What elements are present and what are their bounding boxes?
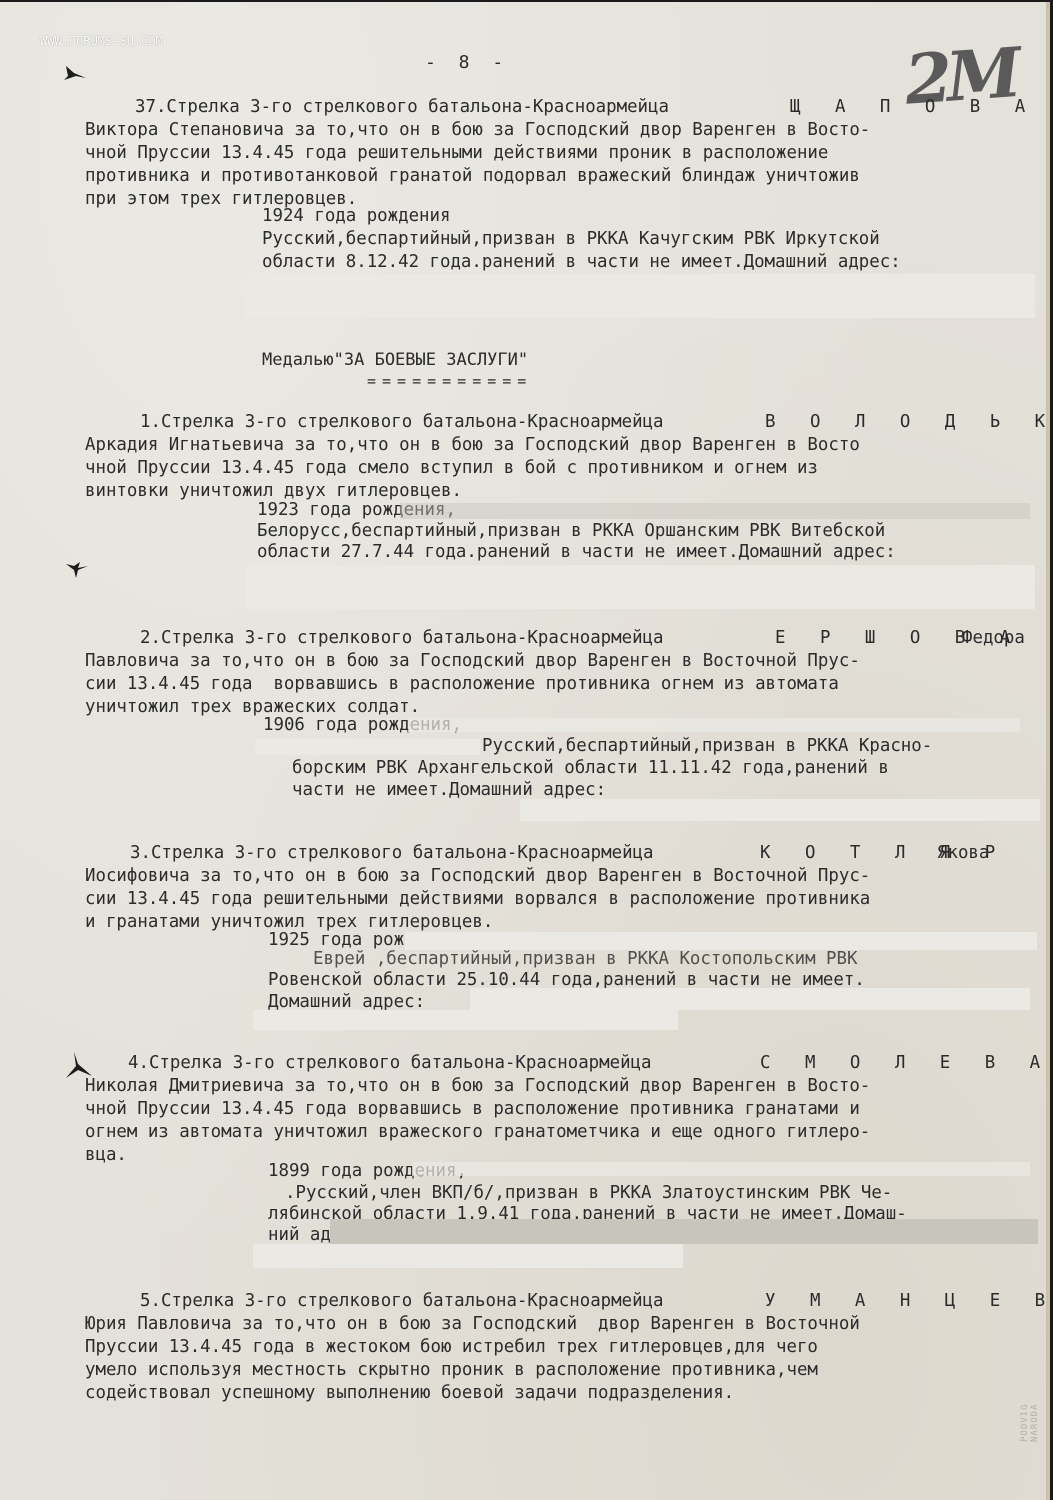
entry-4-line-4: огнем из автомата уничтожил вражеского г… — [85, 1121, 870, 1143]
entry-37-bio-1: 1924 года рождения — [262, 205, 450, 227]
medal-section-title: Медалью"ЗА БОЕВЫЕ ЗАСЛУГИ" — [262, 350, 528, 370]
entry-5-line-5: содействовал успешному выполнению боевой… — [85, 1382, 734, 1404]
entry-2-bio-3: борским РВК Архангельской области 11.11.… — [292, 757, 889, 779]
entry-2-line-1: 2.Стрелка 3-го стрелкового батальона-Кра… — [140, 627, 664, 649]
entry-1-line-3: чной Пруссии 13.4.45 года смело вступил … — [85, 457, 818, 479]
entry-37-bio-2: Русский,беспартийный,призван в РККА Качу… — [262, 228, 880, 250]
entry-3-first-name: Якова — [937, 842, 989, 864]
redaction-block — [253, 1010, 678, 1030]
entry-5-line-1: 5.Стрелка 3-го стрелкового батальона-Кра… — [140, 1290, 664, 1312]
entry-37-line-1: 37.Стрелка 3-го стрелкового батальона-Кр… — [135, 96, 669, 118]
entry-5-line-4: умело используя местность скрытно проник… — [85, 1359, 818, 1381]
entry-2-bio-4: части не имеет.Домашний адрес: — [292, 779, 606, 801]
entry-5-line-3: Пруссии 13.4.45 года в жестоком бою истр… — [85, 1336, 818, 1358]
redaction-block — [400, 503, 1030, 519]
entry-1-surname: В О Л О Д Ь К О — [765, 411, 1053, 433]
page-edge — [1046, 2, 1050, 1500]
site-watermark: WWW.FORUMS-SU.COM — [40, 34, 163, 48]
entry-4-line-1: 4.Стрелка 3-го стрелкового батальона-Кра… — [128, 1052, 652, 1074]
entry-37-line-4: противника и противотанковой гранатой по… — [85, 165, 860, 187]
entry-1-bio-3: области 27.7.44 года.ранений в части не … — [257, 541, 896, 563]
redaction-block — [255, 739, 480, 755]
redaction-block — [520, 799, 1040, 821]
punch-hole-icon — [64, 560, 90, 580]
entry-37-bio-3: области 8.12.42 года.ранений в части не … — [262, 251, 901, 273]
redaction-block — [253, 1244, 683, 1268]
entry-37-surname: Щ А П О В А — [790, 96, 1037, 118]
entry-2-first-name: Федора — [962, 627, 1025, 649]
archive-side-stamp: PODVIG NARODA — [1020, 1403, 1040, 1442]
entry-4-bio-2: .Русский,член ВКП/б/,призван в РККА Злат… — [285, 1182, 892, 1204]
entry-2-bio-2: Русский,беспартийный,призван в РККА Крас… — [482, 735, 932, 757]
entry-3-line-1: 3.Стрелка 3-го стрелкового батальона-Кра… — [130, 842, 654, 864]
redaction-block — [330, 1219, 1038, 1244]
entry-4-line-3: чной Пруссии 13.4.45 года ворвавшись в р… — [85, 1098, 860, 1120]
entry-4-line-5: вца. — [85, 1144, 127, 1166]
redaction-block — [412, 1162, 1030, 1176]
entry-3-line-3: сии 13.4.45 года решительными действиями… — [85, 888, 870, 910]
entry-5-line-2: Юрия Павловича за то,что он в бою за Гос… — [85, 1313, 860, 1335]
punch-hole-icon — [62, 64, 88, 84]
entry-3-bio-2: Еврей ,беспартийный,призван в РККА Косто… — [313, 948, 857, 970]
redaction-block — [245, 274, 1035, 318]
entry-4-line-2: Николая Дмитриевича за то,что он в бою з… — [85, 1075, 870, 1097]
entry-37-line-2: Виктора Степановича за то,что он в бою з… — [85, 119, 870, 141]
entry-4-surname: С М О Л Е В А — [760, 1052, 1052, 1074]
entry-2-line-3: сии 13.4.45 года ворвавшись в расположен… — [85, 673, 839, 695]
entry-2-line-2: Павловича за то,что он в бою за Господск… — [85, 650, 860, 672]
redaction-block — [408, 718, 1020, 732]
entry-3-line-2: Иосифовича за то,что он в бою за Господс… — [85, 865, 870, 887]
document-page: WWW.FORUMS-SU.COM - 8 - 2M 37.Стрелка 3-… — [0, 2, 1050, 1500]
entry-37-line-3: чной Пруссии 13.4.45 года решительными д… — [85, 142, 828, 164]
redaction-block — [245, 565, 1035, 609]
entry-5-surname: У М А Н Ц Е В А — [765, 1290, 1053, 1312]
entry-1-line-2: Аркадия Игнатьевича за то,что он в бою з… — [85, 434, 860, 456]
entry-1-line-1: 1.Стрелка 3-го стрелкового батальона-Кра… — [140, 411, 664, 433]
entry-1-bio-2: Белорусс,беспартийный,призван в РККА Орш… — [257, 520, 885, 542]
page-number: - 8 - — [425, 52, 509, 73]
title-underline: =========== — [367, 372, 532, 390]
redaction-block — [470, 988, 1030, 1010]
